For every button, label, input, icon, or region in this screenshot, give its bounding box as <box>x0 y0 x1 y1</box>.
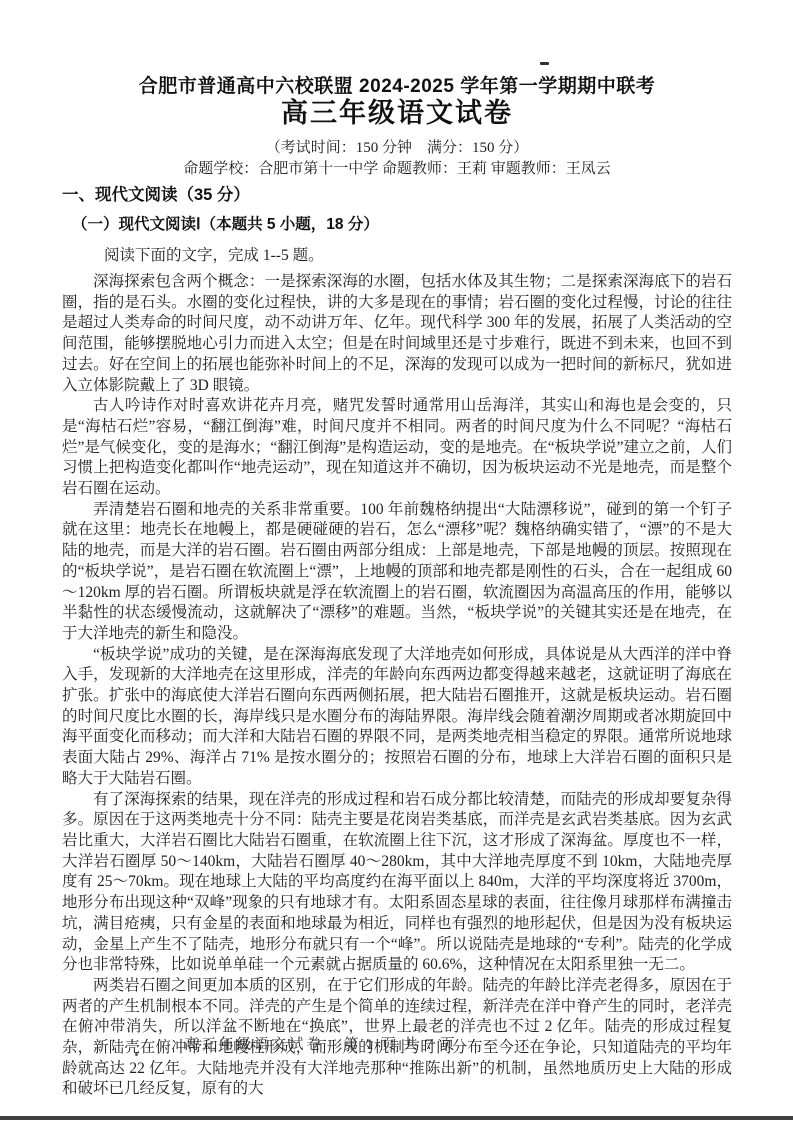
reading-passage: 深海探索包含两个概念：一是探索深海的水圈，包括水体及其生物；二是探索深海底下的岩… <box>62 272 732 1100</box>
page-footer: 高三年级语文试卷 第 1 页 共 7 页 <box>62 1036 732 1055</box>
exam-staff-info: 命题学校：合肥市第十一中学 命题教师：王莉 审题教师：王凤云 <box>62 160 732 179</box>
scan-bottom-edge-line <box>0 1116 793 1120</box>
passage-paragraph-1: 深海探索包含两个概念：一是探索深海的水圈，包括水体及其生物；二是探索深海底下的岩… <box>62 272 732 396</box>
section-heading-modern-reading: 一、现代文阅读（35 分） <box>62 185 732 206</box>
exam-paper-page: 合肥市普通高中六校联盟 2024-2025 学年第一学期期中联考 高三年级语文试… <box>0 0 793 1122</box>
exam-time-score-info: （考试时间：150 分钟 满分：150 分） <box>62 139 732 158</box>
scan-artifact-dash <box>540 62 549 65</box>
passage-paragraph-5: 有了深海探索的结果，现在洋壳的形成过程和岩石成分都比较清楚，而陆壳的形成却要复杂… <box>62 790 732 976</box>
subsection-heading-reading-one: （一）现代文阅读Ⅰ（本题共 5 小题，18 分） <box>62 214 732 235</box>
passage-paragraph-4: “板块学说”成功的关键，是在深海海底发现了大洋地壳如何形成，具体说是从大西洋的洋… <box>62 645 732 790</box>
exam-title-line2: 高三年级语文试卷 <box>62 98 732 129</box>
exam-title-line1: 合肥市普通高中六校联盟 2024-2025 学年第一学期期中联考 <box>62 75 732 98</box>
passage-paragraph-3: 弄清楚岩石圈和地壳的关系非常重要。100 年前魏格纳提出“大陆漂移说”，碰到的第… <box>62 500 732 645</box>
footer-doc-title: 高三年级语文试卷 <box>184 1036 324 1055</box>
scan-artifact-dot <box>135 1053 138 1056</box>
reading-instruction: 阅读下面的文字，完成 1--5 题。 <box>62 246 732 266</box>
footer-page-number: 第 1 页 共 7 页 <box>344 1036 457 1055</box>
page-content: 合肥市普通高中六校联盟 2024-2025 学年第一学期期中联考 高三年级语文试… <box>62 75 732 1100</box>
passage-paragraph-2: 古人吟诗作对时喜欢讲花卉月亮，赌咒发誓时通常用山岳海洋，其实山和海也是会变的，只… <box>62 396 732 500</box>
